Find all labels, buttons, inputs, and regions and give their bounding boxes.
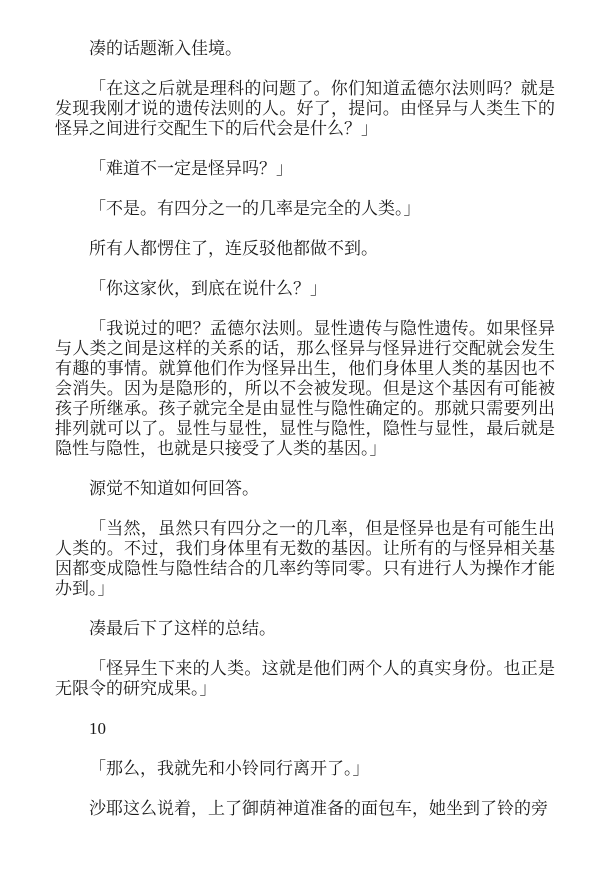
dialogue-paragraph: 「当然，虽然只有四分之一的几率，但是怪异也是有可能生出人类的。不过，我们身体里有… (55, 519, 555, 599)
narration-paragraph: 沙耶这么说着，上了御荫神道准备的面包车，她坐到了铃的旁 (55, 799, 555, 819)
dialogue-paragraph: 「我说过的吧？孟德尔法则。显性遗传与隐性遗传。如果怪异与人类之间是这样的关系的话… (55, 319, 555, 459)
dialogue-paragraph: 「在这之后就是理科的问题了。你们知道孟德尔法则吗？就是发现我刚才说的遗传法则的人… (55, 79, 555, 139)
dialogue-paragraph: 「不是。有四分之一的几率是完全的人类。」 (55, 199, 555, 219)
dialogue-paragraph: 「你这家伙，到底在说什么？」 (55, 279, 555, 299)
dialogue-paragraph: 「怪异生下来的人类。这就是他们两个人的真实身份。也正是无限令的研究成果。」 (55, 659, 555, 699)
dialogue-paragraph: 「那么，我就先和小铃同行离开了。」 (55, 759, 555, 779)
narration-paragraph: 所有人都愣住了，连反驳他都做不到。 (55, 239, 555, 259)
narration-paragraph: 源觉不知道如何回答。 (55, 479, 555, 499)
narration-paragraph: 凑最后下了这样的总结。 (55, 619, 555, 639)
ebook-page: 凑的话题渐入佳境。 「在这之后就是理科的问题了。你们知道孟德尔法则吗？就是发现我… (0, 0, 613, 869)
narration-paragraph: 凑的话题渐入佳境。 (55, 39, 555, 59)
section-number: 10 (55, 719, 555, 739)
dialogue-paragraph: 「难道不一定是怪异吗？」 (55, 159, 555, 179)
